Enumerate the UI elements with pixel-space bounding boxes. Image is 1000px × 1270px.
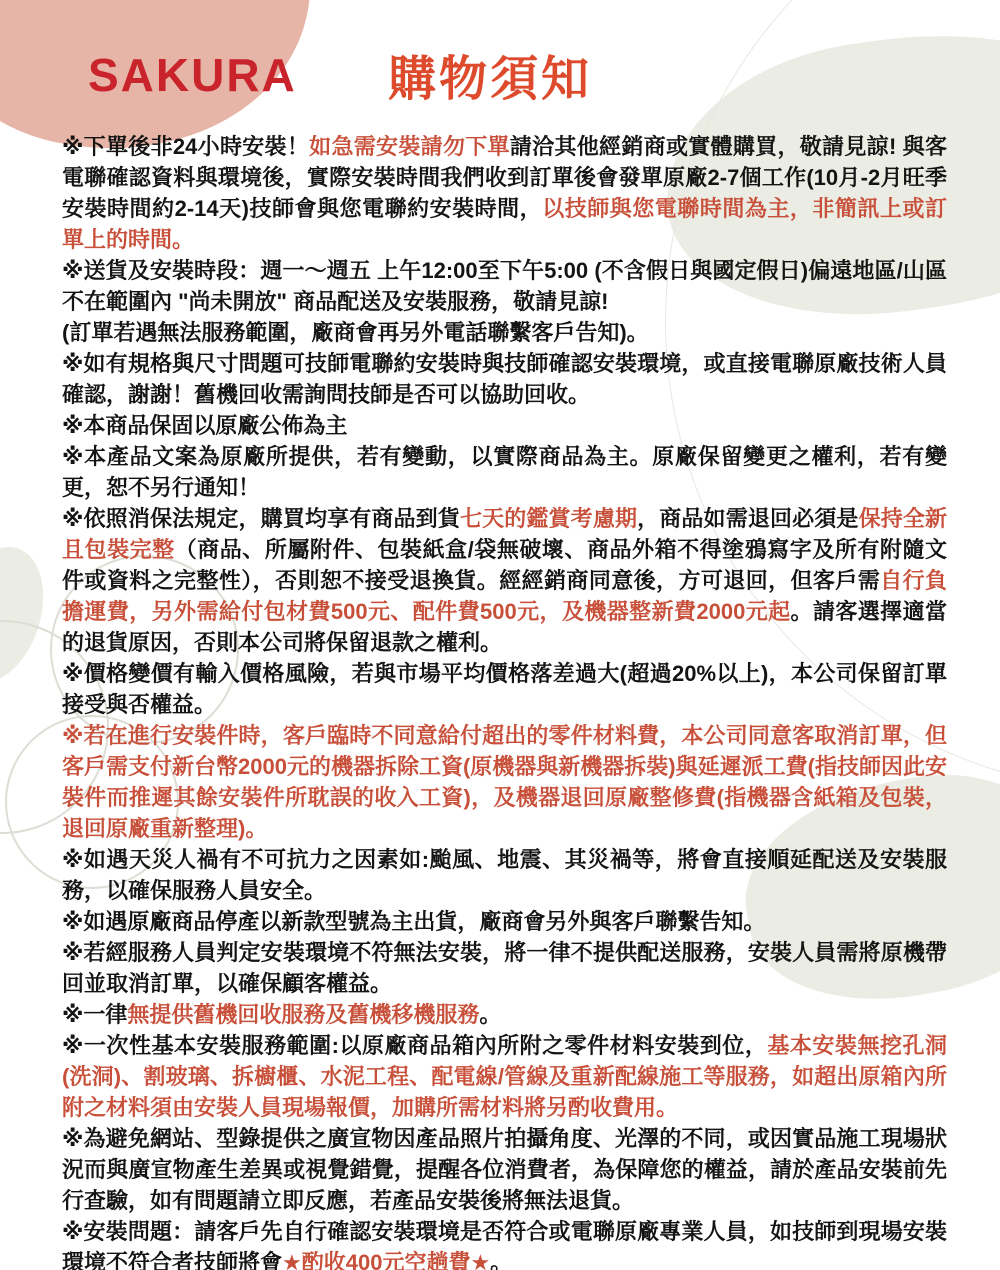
notice-paragraph: ※價格變價有輸入價格風險，若與市場平均價格落差過大(超過20%以上)，本公司保留… bbox=[62, 658, 947, 720]
notice-paragraph: ※為避免網站、型錄提供之廣宣物因產品照片拍攝角度、光澤的不同，或因實品施工現場狀… bbox=[62, 1123, 947, 1216]
notice-paragraph: ※一律無提供舊機回收服務及舊機移機服務。 bbox=[62, 999, 947, 1030]
text-run-black: ※如有規格與尺寸問題可技師電聯約安裝時與技師確認安裝環境，或直接電聯原廠技術人員… bbox=[62, 351, 947, 407]
notice-paragraph: ※一次性基本安裝服務範圍:以原廠商品箱內所附之零件材料安裝到位，基本安裝無挖孔洞… bbox=[62, 1030, 947, 1123]
text-run-black: ※一次性基本安裝服務範圍:以原廠商品箱內所附之零件材料安裝到位， bbox=[62, 1033, 767, 1058]
text-run-red: 無提供舊機回收服務及舊機移機服務 bbox=[127, 1002, 479, 1027]
notice-paragraph: ※本商品保固以原廠公佈為主 bbox=[62, 410, 947, 441]
text-run-black: 。 bbox=[479, 1002, 501, 1027]
text-run-black: ※價格變價有輸入價格風險，若與市場平均價格落差過大(超過20%以上)，本公司保留… bbox=[62, 661, 947, 717]
gray-blob-left-decoration bbox=[0, 535, 59, 695]
text-run-black: (訂單若遇無法服務範圍，廠商會再另外電話聯繫客戶告知)。 bbox=[62, 320, 649, 345]
text-run-red: 七天的鑑賞考慮期 bbox=[460, 506, 637, 531]
notice-paragraph: ※若經服務人員判定安裝環境不符無法安裝，將一律不提供配送服務，安裝人員需將原機帶… bbox=[62, 937, 947, 999]
notice-paragraph: ※如遇原廠商品停產以新款型號為主出貨，廠商會另外與客戶聯繫告知。 bbox=[62, 906, 947, 937]
text-run-black: ，商品如需退回必須是 bbox=[637, 506, 858, 531]
notice-paragraph: ※依照消保法規定，購買均享有商品到貨七天的鑑賞考慮期，商品如需退回必須是保持全新… bbox=[62, 503, 947, 658]
sakura-logo: SAKURA bbox=[88, 48, 297, 102]
notice-paragraph: ※本產品文案為原廠所提供，若有變動，以實際商品為主。原廠保留變更之權利，若有變更… bbox=[62, 441, 947, 503]
notice-paragraph: ※安裝問題：請客戶先自行確認安裝環境是否符合或電聯原廠專業人員，如技師到現場安裝… bbox=[62, 1216, 947, 1270]
text-run-black: ※本產品文案為原廠所提供，若有變動，以實際商品為主。原廠保留變更之權利，若有變更… bbox=[62, 444, 947, 500]
notice-paragraph: ※送貨及安裝時段：週一～週五 上午12:00至下午5:00 (不含假日與國定假日… bbox=[62, 255, 947, 317]
text-run-black: 。 bbox=[490, 1250, 512, 1270]
page-title: 購物須知 bbox=[388, 40, 592, 109]
text-run-black: ※送貨及安裝時段：週一～週五 上午12:00至下午5:00 (不含假日與國定假日… bbox=[62, 258, 947, 314]
notice-paragraph: ※如遇天災人禍有不可抗力之因素如:颱風、地震、其災禍等，將會直接順延配送及安裝服… bbox=[62, 844, 947, 906]
notice-body: ※下單後非24小時安裝！如急需安裝請勿下單請洽其他經銷商或實體購買，敬請見諒! … bbox=[62, 131, 947, 1270]
notice-paragraph: ※若在進行安裝件時，客戶臨時不同意給付超出的零件材料費，本公司同意客取消訂單，但… bbox=[62, 720, 947, 844]
notice-paragraph: ※下單後非24小時安裝！如急需安裝請勿下單請洽其他經銷商或實體購買，敬請見諒! … bbox=[62, 131, 947, 255]
text-run-black: ※本商品保固以原廠公佈為主 bbox=[62, 413, 347, 438]
text-run-red: ★酌收400元空趟費★ bbox=[282, 1250, 490, 1270]
text-run-black: （商品、所屬附件、包裝紙盒/袋無破壞、商品外箱不得塗鴉寫字及所有附隨文件或資料之… bbox=[62, 537, 947, 593]
text-run-red: 如急需安裝請勿下單 bbox=[309, 134, 510, 159]
text-run-red: ※若在進行安裝件時，客戶臨時不同意給付超出的零件材料費，本公司同意客取消訂單，但… bbox=[62, 723, 947, 841]
text-run-black: ※若經服務人員判定安裝環境不符無法安裝，將一律不提供配送服務，安裝人員需將原機帶… bbox=[62, 940, 947, 996]
text-run-black: ※如遇天災人禍有不可抗力之因素如:颱風、地震、其災禍等，將會直接順延配送及安裝服… bbox=[62, 847, 947, 903]
text-run-black: ※一律 bbox=[62, 1002, 127, 1027]
text-run-black: ※如遇原廠商品停產以新款型號為主出貨，廠商會另外與客戶聯繫告知。 bbox=[62, 909, 765, 934]
text-run-black: ※下單後非24小時安裝！ bbox=[62, 134, 309, 159]
text-run-black: ※為避免網站、型錄提供之廣宣物因產品照片拍攝角度、光澤的不同，或因實品施工現場狀… bbox=[62, 1126, 947, 1213]
notice-paragraph: (訂單若遇無法服務範圍，廠商會再另外電話聯繫客戶告知)。 bbox=[62, 317, 947, 348]
text-run-black: ※依照消保法規定，購買均享有商品到貨 bbox=[62, 506, 460, 531]
notice-paragraph: ※如有規格與尺寸問題可技師電聯約安裝時與技師確認安裝環境，或直接電聯原廠技術人員… bbox=[62, 348, 947, 410]
